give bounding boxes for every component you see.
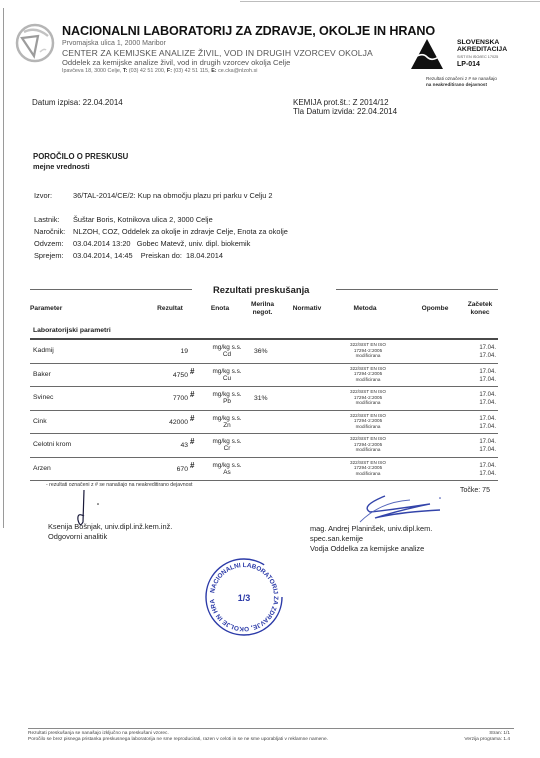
protocol-info: KEMIJA prot.št.: Z 2014/12 Tla Datum izv… (293, 98, 397, 116)
department-name: Oddelek za kemijske analize živil, vod i… (62, 59, 435, 67)
start-end-dates: 17.04.17.04. (466, 368, 496, 384)
accreditation-mountain-icon (410, 38, 444, 70)
column-header: Začetekkonec (462, 301, 498, 317)
analyst-name: Ksenija Bošnjak, univ.dipl.inž.kem.inž. (48, 522, 172, 531)
scan-top-rule (240, 1, 540, 2)
points-total: Točke: 75 (460, 487, 490, 494)
method: 322/SIST EN ISO17294-2:2005modificirana (328, 366, 408, 383)
row-divider (30, 433, 498, 434)
client-label: Naročnik: (34, 227, 65, 236)
official-stamp: NACIONALNI LABORATORIJ ZA ZDRAVJE, OKOLJ… (202, 555, 286, 639)
non-accredited-flag: # (190, 461, 194, 470)
non-accredited-flag: # (190, 390, 194, 399)
center-name: CENTER ZA KEMIJSKE ANALIZE ŽIVIL, VOD IN… (62, 49, 435, 58)
header-bottom-rule (30, 338, 498, 340)
start-end-dates: 17.04.17.04. (466, 438, 496, 454)
accreditation-title: SLOVENSKA AKREDITACIJA (457, 39, 507, 53)
parameter-name: Celotni krom (33, 441, 71, 448)
unit: mg/kg s.s.Cr (197, 438, 257, 452)
footer-page-info: Stran: 1/1 Verzija programa: 1.4 (464, 731, 510, 744)
result-value: 4750 (150, 372, 188, 379)
unit: mg/kg s.s.Cd (197, 344, 257, 358)
method: 322/SIST EN ISO17294-2:2005modificirana (328, 389, 408, 406)
unit: mg/kg s.s.Cu (197, 368, 257, 382)
row-divider (30, 410, 498, 411)
non-accredited-flag: # (190, 437, 194, 446)
footer-rule (28, 728, 514, 729)
method: 322/SIST EN ISO17294-2:2005modificirana (328, 436, 408, 453)
parameter-group-label: Laboratorijski parametri (33, 327, 111, 334)
parameter-name: Baker (33, 371, 51, 378)
row-divider (30, 386, 498, 387)
accreditation-standard: SIST EN ISO/IEC 17025 (457, 55, 498, 59)
results-title: Rezultati preskušanja (213, 284, 309, 295)
parameter-name: Arzen (33, 465, 51, 472)
result-value: 42000 (150, 419, 188, 426)
results-footnote: - rezultati označeni z # se nanašajo na … (46, 482, 193, 488)
parameter-name: Kadmij (33, 347, 54, 354)
unit: mg/kg s.s.As (197, 462, 257, 476)
result-value: 19 (150, 348, 188, 355)
stamp-number: 1/3 (238, 593, 251, 603)
institution-address: Prvomajska ulica 1, 2000 Maribor (62, 40, 435, 47)
start-end-dates: 17.04.17.04. (466, 415, 496, 431)
test-report-page: NACIONALNI LABORATORIJ ZA ZDRAVJE, OKOLJ… (0, 0, 540, 758)
column-header: Metoda (330, 305, 400, 313)
result-value: 670 (150, 466, 188, 473)
head-role: Vodja Oddelka za kemijske analize (310, 544, 424, 553)
sampling-label: Odvzem: (34, 239, 64, 248)
title-rule-left (30, 289, 192, 290)
row-divider (30, 363, 498, 364)
method: 322/SIST EN ISO17294-2:2005modificirana (328, 413, 408, 430)
result-value: 43 (150, 442, 188, 449)
start-end-dates: 17.04.17.04. (466, 391, 496, 407)
column-header: Normativ (282, 305, 332, 313)
parameter-name: Svinec (33, 394, 53, 401)
sampling-value: 03.04.2014 13:20 Gobec Matevž, univ. dip… (73, 239, 250, 248)
result-value: 7700 (150, 395, 188, 402)
title-rule-right (336, 289, 498, 290)
received-label: Sprejem: (34, 251, 64, 260)
method: 322/SIST EN ISO17294-2:2005modificirana (328, 342, 408, 359)
start-end-dates: 17.04.17.04. (466, 462, 496, 478)
column-header: Parameter (30, 305, 90, 313)
print-date: Datum izpisa: 22.04.2014 (32, 98, 123, 107)
parameter-name: Cink (33, 418, 47, 425)
inspection-date: Tla Datum izvida: 22.04.2014 (293, 107, 397, 116)
unit: mg/kg s.s.Pb (197, 391, 257, 405)
start-end-dates: 17.04.17.04. (466, 344, 496, 360)
source-value: 36/TAL-2014/CE/2: Kup na območju plazu p… (73, 191, 273, 200)
report-title: POROČILO O PRESKUSU (33, 152, 128, 161)
program-version: Verzija programa: 1.4 (464, 737, 510, 743)
column-header: Merilnanegot. (240, 301, 285, 317)
protocol-number: KEMIJA prot.št.: Z 2014/12 (293, 98, 397, 107)
accreditation-code: LP-014 (457, 61, 480, 68)
nlzoh-logo-icon (14, 22, 56, 64)
unit: mg/kg s.s.Zn (197, 415, 257, 429)
accreditation-note: Rezultati označeni z # se nanašajo na ne… (426, 76, 536, 88)
uncertainty: 31% (254, 395, 268, 402)
received-value: 03.04.2014, 14:45 Preiskan do: 18.04.201… (73, 251, 223, 260)
column-header: Opombe (400, 305, 470, 313)
institution-name: NACIONALNI LABORATORIJ ZA ZDRAVJE, OKOLJ… (62, 25, 435, 38)
report-subtitle: mejne vrednosti (33, 162, 90, 171)
contact-line: Ipavčeva 18, 3000 Celje, T: (03) 42 51 2… (62, 69, 435, 74)
analyst-role: Odgovorni analitik (48, 532, 107, 541)
head-signature (340, 492, 450, 526)
email-link: ce.cka@nlzoh.si (218, 68, 257, 74)
owner-value: Šuštar Boris, Kotnikova ulica 2, 3000 Ce… (73, 215, 213, 224)
row-divider (30, 480, 498, 481)
scan-edge (3, 8, 4, 528)
head-name: mag. Andrej Planinšek, univ.dipl.kem. (310, 524, 432, 533)
method: 322/SIST EN ISO17294-2:2005modificirana (328, 460, 408, 477)
non-accredited-flag: # (190, 367, 194, 376)
column-header: Enota (195, 305, 245, 313)
uncertainty: 36% (254, 348, 268, 355)
owner-label: Lastnik: (34, 215, 59, 224)
row-divider (30, 457, 498, 458)
non-accredited-flag: # (190, 414, 194, 423)
letterhead: NACIONALNI LABORATORIJ ZA ZDRAVJE, OKOLJ… (62, 25, 435, 74)
column-header: Rezultat (140, 305, 200, 313)
source-label: Izvor: (34, 191, 52, 200)
footer-disclaimer: Rezultati preskušanja se nanašajo izklju… (28, 731, 328, 744)
head-title: spec.san.kemije (310, 534, 363, 543)
client-value: NLZOH, COZ, Oddelek za okolje in zdravje… (73, 227, 288, 236)
